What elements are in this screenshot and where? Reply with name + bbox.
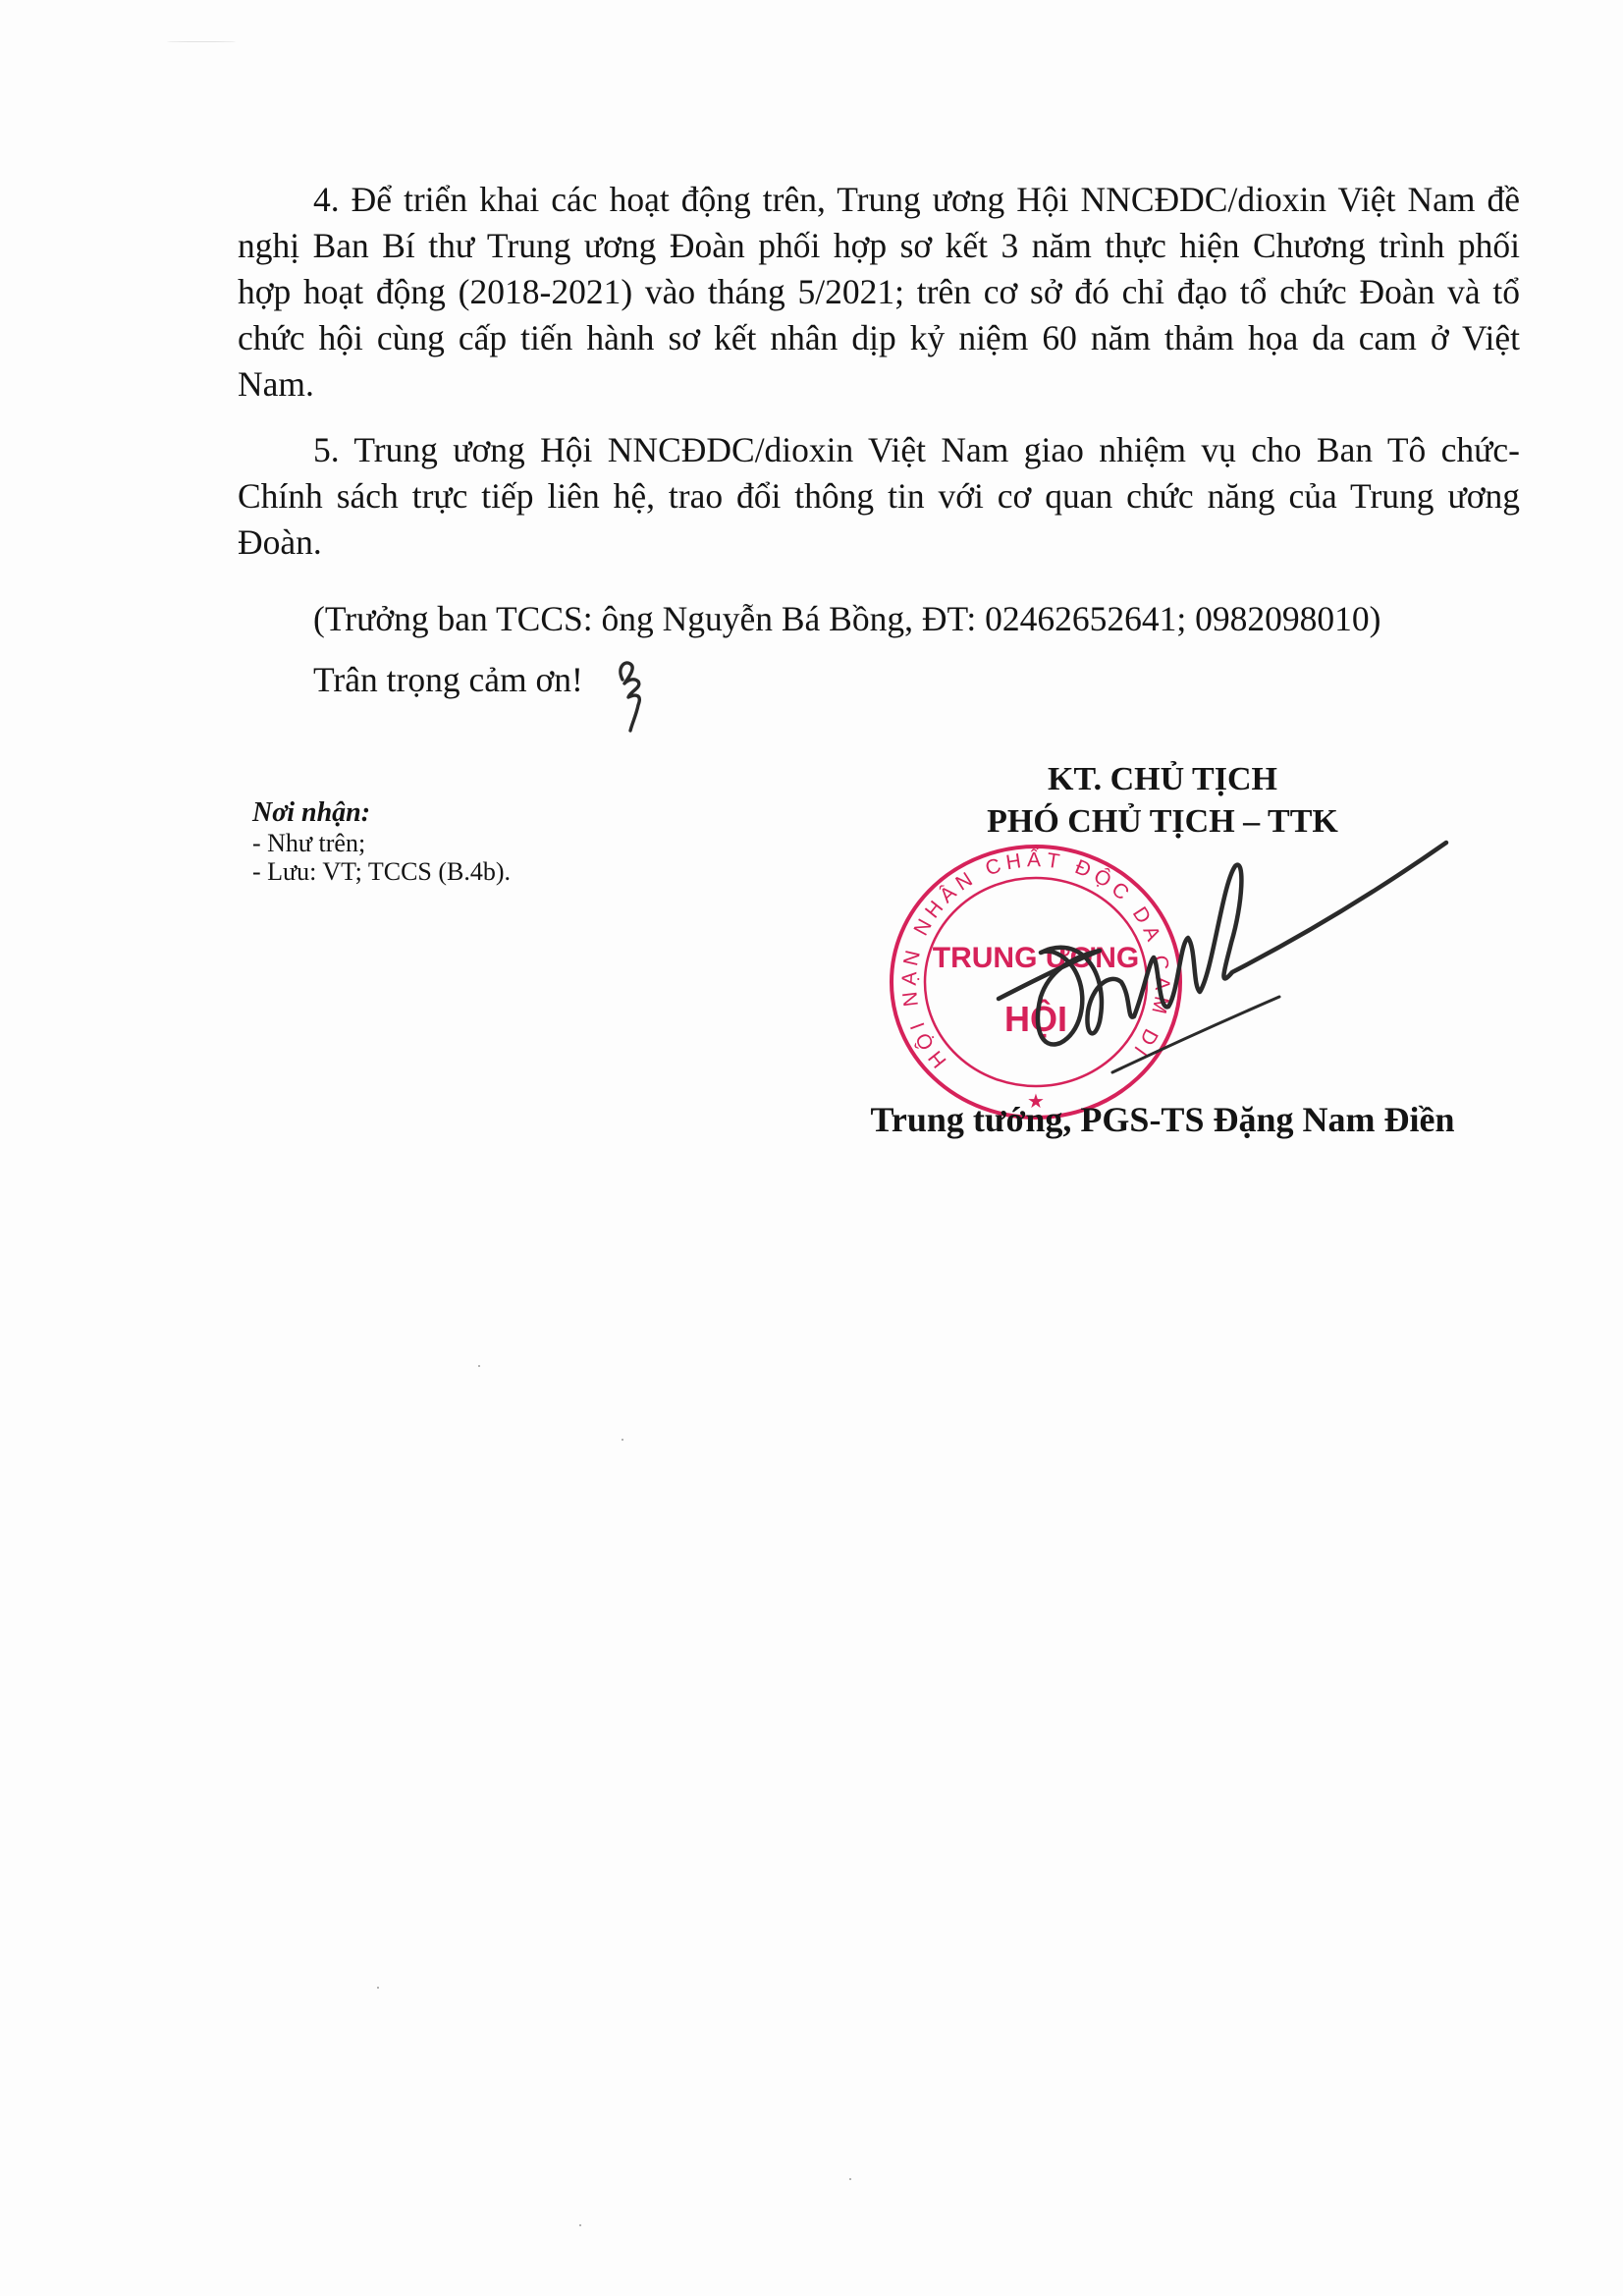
contact-line: (Trưởng ban TCCS: ông Nguyễn Bá Bồng, ĐT…: [313, 596, 1380, 642]
initial-mark-icon: [613, 658, 656, 733]
scan-speck: [478, 1365, 480, 1367]
recipients-heading: Nơi nhận:: [252, 797, 511, 829]
scan-speck: [167, 41, 236, 42]
paragraph-5: 5. Trung ương Hội NNCĐDC/dioxin Việt Nam…: [238, 427, 1520, 566]
recipient-item: - Như trên;: [252, 829, 511, 857]
scan-speck: [579, 2224, 581, 2226]
body-text: 4. Để triển khai các hoạt động trên, Tru…: [238, 177, 1520, 585]
signer-name: Trung tướng, PGS-TS Đặng Nam Điền: [848, 1098, 1477, 1141]
scan-speck: [622, 1439, 623, 1441]
handwritten-signature-icon: [972, 825, 1463, 1090]
document-page: 4. Để triển khai các hoạt động trên, Tru…: [0, 0, 1623, 2296]
recipient-item: - Lưu: VT; TCCS (B.4b).: [252, 857, 511, 886]
closing-line: Trân trọng cảm ơn!: [313, 657, 583, 703]
recipients-section: Nơi nhận: - Như trên; - Lưu: VT; TCCS (B…: [252, 797, 511, 886]
scan-speck: [377, 1987, 379, 1989]
signature-title-line1: KT. CHỦ TỊCH: [848, 758, 1477, 800]
paragraph-4: 4. Để triển khai các hoạt động trên, Tru…: [238, 177, 1520, 408]
scan-speck: [849, 2178, 851, 2180]
